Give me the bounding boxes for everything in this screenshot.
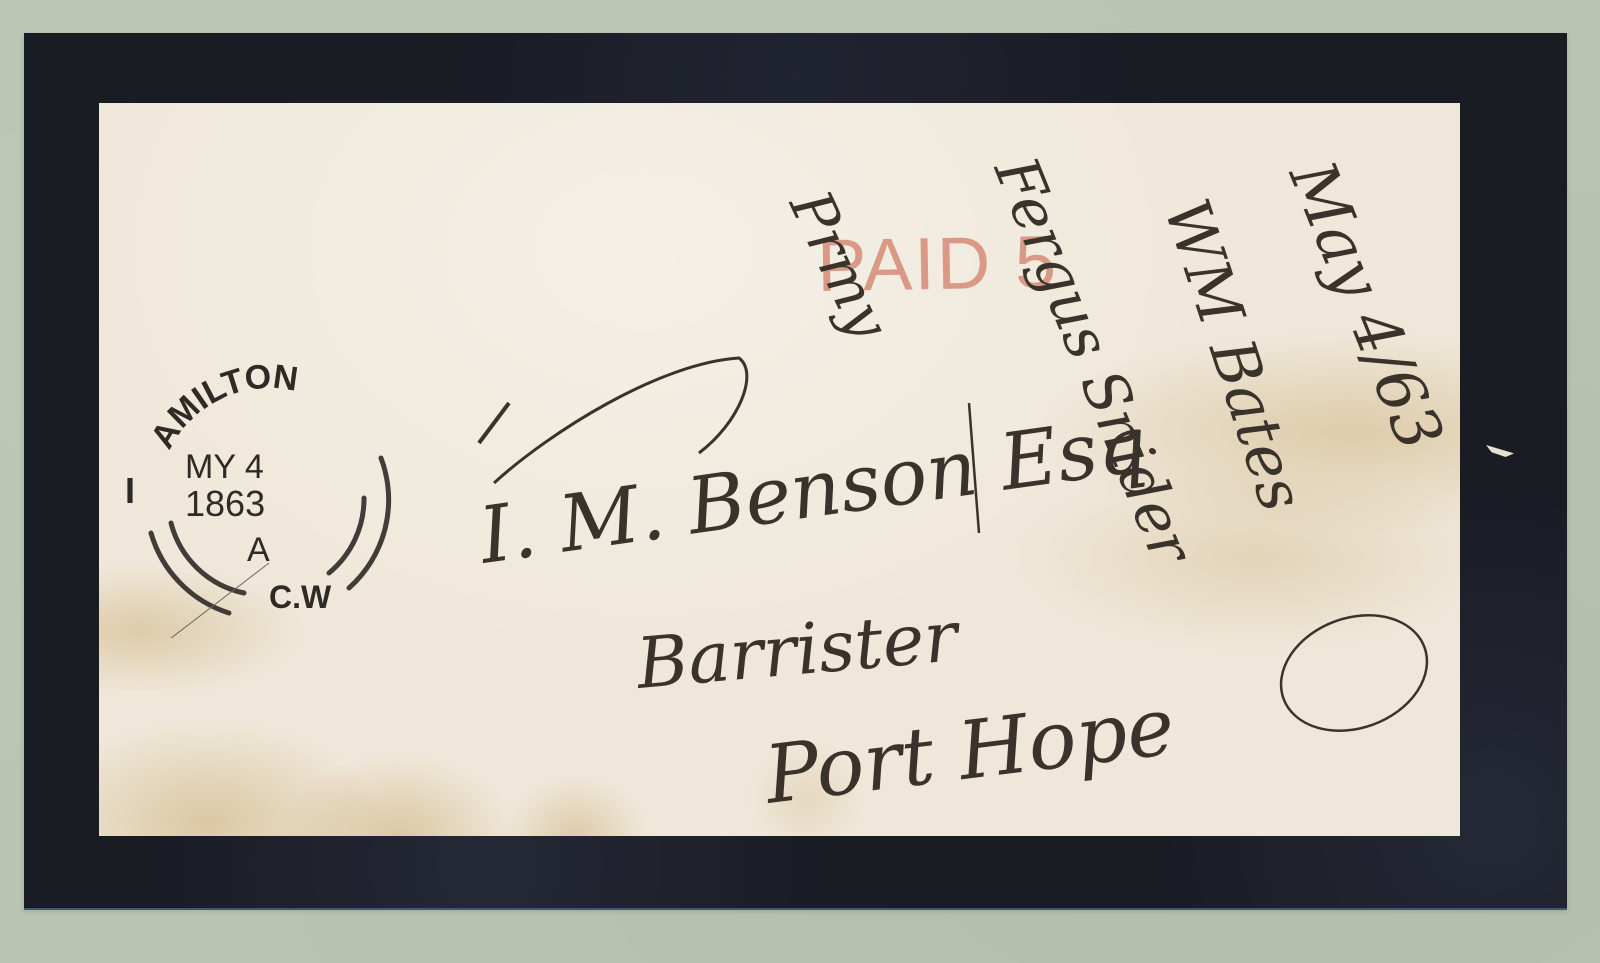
paraph-loop bbox=[1265, 596, 1444, 751]
docket-date: May 4/63 bbox=[1274, 150, 1457, 460]
address-line-title: Barrister bbox=[631, 595, 964, 705]
border-tear bbox=[1486, 445, 1514, 457]
flourish-tick bbox=[479, 403, 509, 443]
mourning-envelope: PAID 5 AMILTON MY 4 1863 I A bbox=[24, 33, 1567, 908]
docket-initials: Prmy bbox=[776, 179, 904, 350]
address-line-town: Port Hope bbox=[758, 679, 1179, 822]
address-line-name: I. M. Benson Esq bbox=[472, 399, 1152, 582]
manuscript-area: I. M. Benson Esq Barrister Port Hope Prm… bbox=[99, 103, 1460, 836]
envelope-face: PAID 5 AMILTON MY 4 1863 I A bbox=[99, 103, 1460, 836]
